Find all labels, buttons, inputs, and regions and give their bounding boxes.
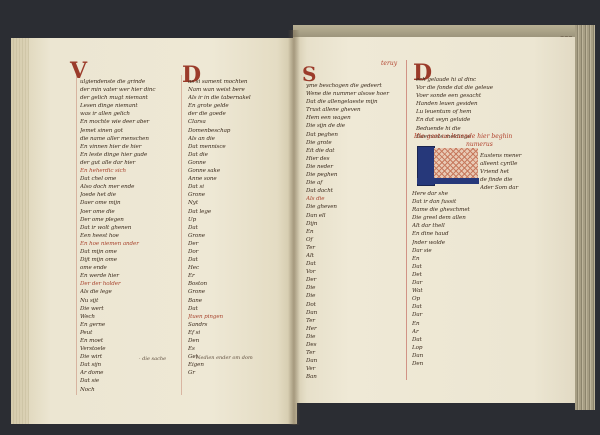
text-line: Peut <box>80 329 180 337</box>
text-line: Ef si <box>188 329 293 337</box>
text-line: Dat ir dan fussit <box>412 198 522 206</box>
text-line: Eustens mener <box>480 152 540 160</box>
text-line: Sandrs <box>188 321 293 329</box>
text-line: Die <box>306 284 404 292</box>
text-line: En werde hier <box>80 272 180 280</box>
text-line: Dat die allengelaeste mijn <box>306 98 404 106</box>
text-line: ulgiendenste die grinde <box>80 78 180 86</box>
text-line: Nu sijt <box>80 297 180 305</box>
text-line: der die goede <box>188 110 293 118</box>
text-line: Jtuen pingen <box>188 313 293 321</box>
text-line: Dan <box>412 352 522 360</box>
text-line: Die grote <box>306 139 404 147</box>
left-page-column-1: ulgiendenste die grindeder min vater wer… <box>80 78 180 398</box>
text-line: Dat peghen <box>306 131 404 139</box>
text-line: Dar <box>412 311 522 319</box>
ruling-line <box>406 60 407 380</box>
text-line: Als die lege <box>80 288 180 296</box>
text-line: En mochte wie deer aber <box>80 118 180 126</box>
text-line: as si sament mochten <box>188 78 293 86</box>
right-page-fore-edge <box>575 25 595 410</box>
text-line: Dat sijn <box>80 361 180 369</box>
text-line: Beduende hi die <box>416 125 516 133</box>
text-line: Grone <box>188 232 293 240</box>
text-line: Dar <box>412 279 522 287</box>
open-manuscript: V ulgiendenste die grindeder min vater w… <box>0 0 600 435</box>
text-line: Dan <box>306 309 404 317</box>
ruling-line <box>76 75 77 395</box>
text-line: Her <box>306 325 404 333</box>
text-line: Des <box>306 341 404 349</box>
text-line: Dat dacht <box>306 187 404 195</box>
text-line: Dat mennisce <box>188 143 293 151</box>
text-line: Op <box>412 295 522 303</box>
text-line: Wene die nummer alsose hoer <box>306 90 404 98</box>
text-line: Dat <box>412 303 522 311</box>
text-line: Joer ome die <box>80 208 180 216</box>
text-line: Es <box>188 345 293 353</box>
text-line: Jnder wolde <box>412 239 522 247</box>
text-line: En dine haud <box>412 230 522 238</box>
text-line: Als die <box>306 195 404 203</box>
text-line: Een heest hoe <box>80 232 180 240</box>
text-line: der gut alle dar hier <box>80 159 180 167</box>
text-line: Domenbeschap <box>188 127 293 135</box>
text-line: yme beschogen die gedeert <box>306 82 404 90</box>
text-line: En moet <box>80 337 180 345</box>
text-line: Dot <box>306 301 404 309</box>
text-line: Alt <box>306 252 404 260</box>
text-line: Eigen <box>188 361 293 369</box>
marginal-note: · Nedien ender om dom <box>193 355 253 361</box>
ruling-line <box>181 75 182 395</box>
text-line: En vinnen hier de hier <box>80 143 180 151</box>
text-line: Dor <box>188 248 293 256</box>
initial-l-foot <box>417 178 479 184</box>
text-line: Dat chel ome <box>80 175 180 183</box>
text-line: Dar sie <box>412 247 522 255</box>
text-line: Dat lege <box>188 208 293 216</box>
text-line: Der <box>188 240 293 248</box>
text-line: Grone <box>188 191 293 199</box>
text-line: Hec <box>188 264 293 272</box>
text-line: Alt dar thell <box>412 222 522 230</box>
text-line: Dat sie <box>80 377 180 385</box>
text-line: Jemet sinen got <box>80 127 180 135</box>
text-line: Die wert <box>80 305 180 313</box>
rubric-line: Hie gaet ue leuende hier beghin <box>414 133 512 140</box>
right-page-column-2-bottom: Here dar sheDat ir dan fussitRame die gh… <box>412 190 522 380</box>
text-line: Die <box>306 333 404 341</box>
text-line: Die gheven <box>306 203 404 211</box>
text-line: Als an die <box>188 135 293 143</box>
text-line: Der <box>306 276 404 284</box>
text-line: Rame die gheschmet <box>412 206 522 214</box>
text-line: Anne sone <box>188 175 293 183</box>
text-line: Up <box>188 216 293 224</box>
text-line: Clarsa <box>188 118 293 126</box>
folio-mark: ~~~ <box>560 34 573 40</box>
text-line: was ir allen gelich <box>80 110 180 118</box>
text-line: Gonne sake <box>188 167 293 175</box>
text-line: Er <box>188 272 293 280</box>
text-line: Gr <box>188 369 293 377</box>
text-line: Vor die fonde dat die geleue <box>416 84 516 92</box>
rubric-heading: teruy <box>381 60 397 67</box>
text-line: Of <box>306 236 404 244</box>
marginal-note: · die sache <box>139 356 166 362</box>
text-line: Die neder <box>306 163 404 171</box>
text-line: die name aller menschen <box>80 135 180 143</box>
text-line: En <box>412 255 522 263</box>
text-line: Dat <box>412 336 522 344</box>
text-line: Die af <box>306 179 404 187</box>
text-line: Dat <box>412 263 522 271</box>
text-line: Verstoele <box>80 345 180 353</box>
left-page-fore-edge <box>11 38 29 424</box>
text-line: Lop <box>412 344 522 352</box>
text-line: En gerne <box>80 321 180 329</box>
initial-l-filigree <box>434 148 478 178</box>
text-line: Dat mijn ome <box>80 248 180 256</box>
text-line: Die <box>306 292 404 300</box>
text-line: Handen leuen gesiden <box>416 100 516 108</box>
text-line: Daer ome mijn <box>80 199 180 207</box>
text-line: En leste dinge hier gude <box>80 151 180 159</box>
text-line: der gelich mugt niemant <box>80 94 180 102</box>
text-line: alleent cyrille <box>480 160 540 168</box>
text-line: Ar dome <box>80 369 180 377</box>
text-line: Trust allene gheven <box>306 106 404 114</box>
text-line: En heherdic sich <box>80 167 180 175</box>
text-line: Lesen dinge niemant <box>80 102 180 110</box>
text-line: Voer sonde een gesacht <box>416 92 516 100</box>
text-line: Also doch mer ende <box>80 183 180 191</box>
text-line: Wech <box>80 313 180 321</box>
text-line: Den <box>188 337 293 345</box>
text-line: ome ende <box>80 264 180 272</box>
text-line: Vriend het <box>480 168 540 176</box>
text-line: Det <box>412 271 522 279</box>
text-line: Die greel dem allen <box>412 214 522 222</box>
text-line: Die peghen <box>306 171 404 179</box>
text-line: Dan <box>306 357 404 365</box>
text-line: Eit die dat <box>306 147 404 155</box>
text-line: Als ir in die tabernakel <box>188 94 293 102</box>
right-page-column-2-beside-initial: Eustens meneralleent cyrilleVriend hetde… <box>480 152 540 192</box>
text-line: der min vater wer hier dinc <box>80 86 180 94</box>
text-line: Nyt <box>188 199 293 207</box>
text-line: Ver <box>306 365 404 373</box>
text-line: Bane <box>188 297 293 305</box>
text-line: Vor <box>306 268 404 276</box>
text-line: Wat <box>412 287 522 295</box>
text-line: Der ome plegen <box>80 216 180 224</box>
text-line: Ar <box>412 328 522 336</box>
text-line: Noch <box>80 386 180 394</box>
text-line: En grote gelde <box>188 102 293 110</box>
text-line: Ter <box>306 244 404 252</box>
text-line: Die sijn de die <box>306 122 404 130</box>
text-line: Dat si <box>188 183 293 191</box>
text-line: Dijn <box>306 220 404 228</box>
text-line: Grone <box>188 288 293 296</box>
text-line: Here dar she <box>412 190 522 198</box>
text-line: Hem een wagen <box>306 114 404 122</box>
text-line: Nam wan weist bere <box>188 86 293 94</box>
text-line: de finde die <box>480 176 540 184</box>
text-line: Ban <box>306 373 404 381</box>
text-line: ech gelaude hi al dinc <box>416 76 516 84</box>
text-line: En hoe niemen ander <box>80 240 180 248</box>
text-line: Dijt mijn ome <box>80 256 180 264</box>
text-line: Dan ell <box>306 212 404 220</box>
text-line: Lu leuentum of hem <box>416 108 516 116</box>
left-page-column-2: as si sament mochtenNam wan weist bereAl… <box>188 78 293 398</box>
text-line: Den <box>412 360 522 368</box>
text-line: Gonne <box>188 159 293 167</box>
text-line: Hier des <box>306 155 404 163</box>
text-line: En <box>412 320 522 328</box>
right-page-column-1: yme beschogen die gedeertWene die nummer… <box>306 82 404 382</box>
text-line: En dat seyn geluide <box>416 116 516 124</box>
text-line: Dat <box>188 305 293 313</box>
text-line: Ter <box>306 349 404 357</box>
text-line: Der der holder <box>80 280 180 288</box>
text-line: Joede het die <box>80 191 180 199</box>
text-line: Dat <box>188 256 293 264</box>
text-line: Dat <box>188 224 293 232</box>
text-line: Dat <box>306 260 404 268</box>
text-line: Boston <box>188 280 293 288</box>
right-page-top-edge <box>293 25 583 37</box>
text-line: Ter <box>306 317 404 325</box>
text-line: Dat ir wolt ghenen <box>80 224 180 232</box>
text-line: En <box>306 228 404 236</box>
text-line: Dot <box>306 381 404 382</box>
text-line: Dat die <box>188 151 293 159</box>
